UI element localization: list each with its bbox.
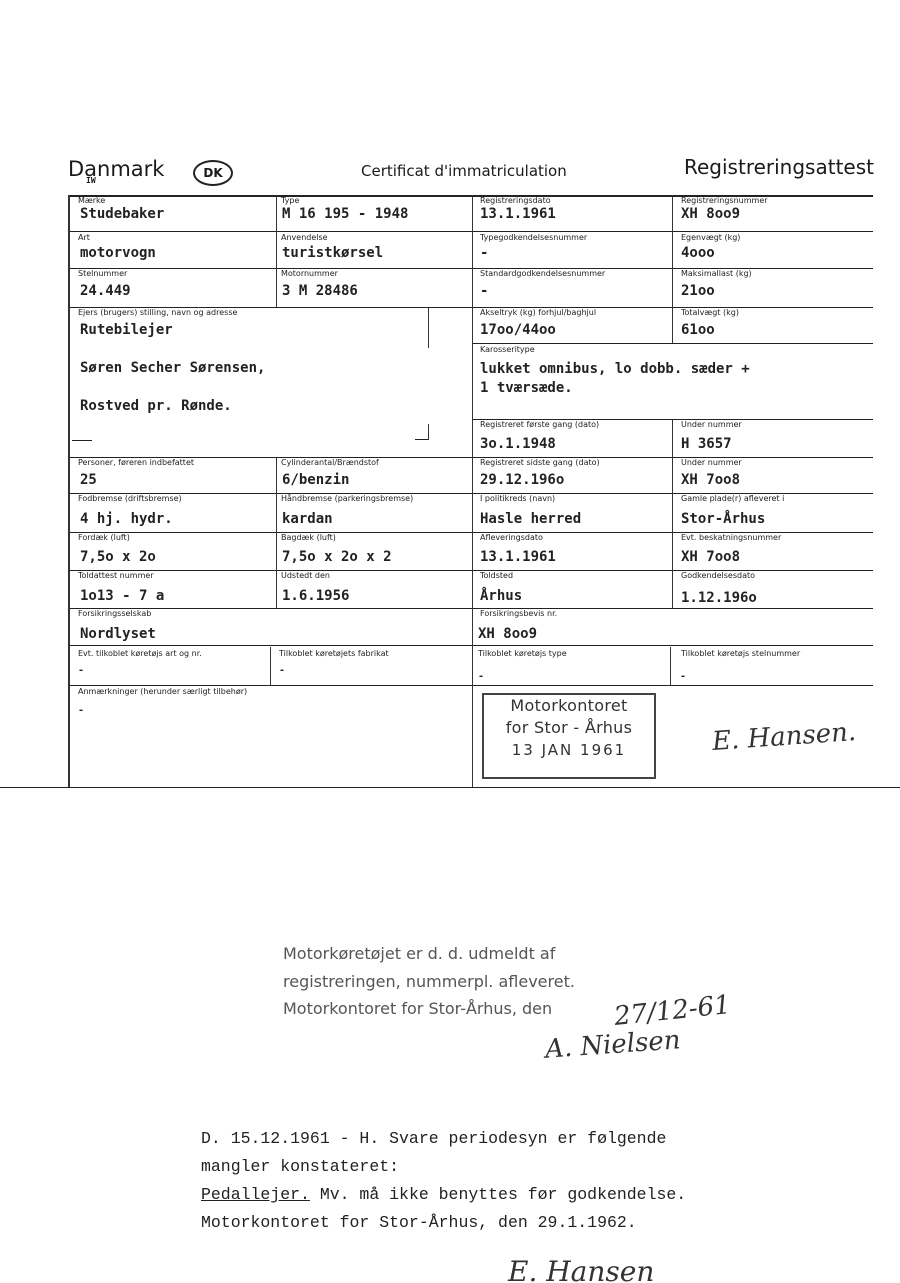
field-label: Håndbremse (parkeringsbremse) <box>281 494 413 503</box>
inspection-line-3-rest: Mv. må ikke benyttes før godkendelse. <box>310 1185 686 1204</box>
office-stamp: Motorkontoret for Stor - Århus 13 JAN 19… <box>482 693 656 779</box>
stamp-line-2: for Stor - Århus <box>484 717 654 739</box>
karosseri-line-2: 1 tværsæde. <box>480 380 573 396</box>
form-bottom-border <box>0 787 900 788</box>
field-label: Evt. beskatningsnummer <box>681 533 781 542</box>
signature-inspection: E. Hansen <box>508 1255 654 1283</box>
field-value-typegodkendelsesnummer: - <box>480 245 488 261</box>
field-label: Egenvægt (kg) <box>681 233 740 242</box>
field-label: Ejers (brugers) stilling, navn og adress… <box>78 308 237 317</box>
column-divider <box>276 457 277 608</box>
field-value-fodbremse: 4 hj. hydr. <box>80 511 173 527</box>
field-label: Afleveringsdato <box>480 533 543 542</box>
field-value-personer: 25 <box>80 472 97 488</box>
field-value-registreringsdato: 13.1.1961 <box>480 206 556 222</box>
owner-line-1: Rutebilejer <box>80 322 173 338</box>
field-label: Gamle plade(r) afleveret i <box>681 494 784 503</box>
field-value-motornummer: 3 M 28486 <box>282 283 358 299</box>
field-value-udstedt: 1.6.1956 <box>282 588 349 604</box>
field-value-anvendelse: turistkørsel <box>282 245 383 261</box>
corner-mark <box>428 424 429 439</box>
field-label: I politikreds (navn) <box>480 494 555 503</box>
field-value-maksimallast: 21oo <box>681 283 715 299</box>
field-label: Mærke <box>78 196 105 205</box>
deregistration-line-1: Motorkøretøjet er d. d. udmeldt af <box>283 940 575 968</box>
deregistration-line-2: registreringen, nummerpl. afleveret. <box>283 968 575 996</box>
owner-line-2: Søren Secher Sørensen, <box>80 360 265 376</box>
inspection-line-1: D. 15.12.1961 - H. Svare periodesyn er f… <box>201 1125 686 1153</box>
field-value-toldattest: 1o13 - 7 a <box>80 588 164 604</box>
field-value-akseltryk: 17oo/44oo <box>480 322 556 338</box>
field-value-tilkoblet-type: - <box>478 671 484 682</box>
field-label: Maksimallast (kg) <box>681 269 752 278</box>
field-label: Godkendelsesdato <box>681 571 755 580</box>
field-label: Registreringsnummer <box>681 196 768 205</box>
signature-deregistration: A. Nielsen <box>544 1025 681 1064</box>
field-label: Evt. tilkoblet køretøjs art og nr. <box>78 649 202 658</box>
field-value-registreringsnummer: XH 8oo9 <box>681 206 740 222</box>
field-label: Under nummer <box>681 458 742 467</box>
column-divider <box>276 195 277 307</box>
field-label: Toldsted <box>480 571 513 580</box>
owner-line-3: Rostved pr. Rønde. <box>80 398 232 414</box>
field-value-totalvaegt: 61oo <box>681 322 715 338</box>
field-value-beskatningsnummer: XH 7oo8 <box>681 549 740 565</box>
field-value-art: motorvogn <box>80 245 156 261</box>
field-label: Bagdæk (luft) <box>281 533 336 542</box>
field-value-maerke: Studebaker <box>80 206 164 222</box>
field-label: Stelnummer <box>78 269 127 278</box>
field-value-godkendelsesdato: 1.12.196o <box>681 590 757 606</box>
field-label: Udstedt den <box>281 571 330 580</box>
karosseri-line-1: lukket omnibus, lo dobb. sæder + <box>480 361 750 377</box>
field-label: Registreret sidste gang (dato) <box>480 458 600 467</box>
field-label: Akseltryk (kg) forhjul/baghjul <box>480 308 596 317</box>
field-value-fordaek: 7,5o x 2o <box>80 549 156 565</box>
stamp-line-1: Motorkontoret <box>484 695 654 717</box>
field-value-toldsted: Århus <box>480 588 522 604</box>
inspection-note: D. 15.12.1961 - H. Svare periodesyn er f… <box>201 1125 686 1237</box>
field-label: Fodbremse (driftsbremse) <box>78 494 182 503</box>
field-label: Tilkoblet køretøjets fabrikat <box>279 649 389 658</box>
field-value-reg-sidste: 29.12.196o <box>480 472 564 488</box>
field-label: Fordæk (luft) <box>78 533 130 542</box>
column-divider <box>270 647 271 685</box>
field-value-gamle-plader: Stor-Århus <box>681 511 765 527</box>
field-value-forsikringsbevis: XH 8oo9 <box>478 626 537 642</box>
inspection-line-4: Motorkontoret for Stor-Århus, den 29.1.1… <box>201 1209 686 1237</box>
field-label: Tilkoblet køretøjs type <box>478 649 567 658</box>
field-label: Anmærkninger (herunder særligt tilbehør) <box>78 687 247 696</box>
form-left-border <box>68 195 70 787</box>
field-value-politikreds: Hasle herred <box>480 511 581 527</box>
field-label: Motornummer <box>281 269 338 278</box>
field-label: Karosseritype <box>480 345 535 354</box>
field-value-reg-forste: 3o.1.1948 <box>480 436 556 452</box>
field-label: Type <box>281 196 299 205</box>
column-divider <box>670 647 671 685</box>
registration-form: Mærke Studebaker Type M 16 195 - 1948 Re… <box>0 0 900 800</box>
field-label: Forsikringsselskab <box>78 609 151 618</box>
field-value-forsikringsselskab: Nordlyset <box>80 626 156 642</box>
field-label: Anvendelse <box>281 233 328 242</box>
field-label: Forsikringsbevis nr. <box>480 609 557 618</box>
field-label: Typegodkendelsesnummer <box>480 233 587 242</box>
field-label: Personer, føreren indbefattet <box>78 458 194 467</box>
field-label: Registreret første gang (dato) <box>480 420 599 429</box>
column-divider <box>672 195 673 343</box>
field-label: Toldattest nummer <box>78 571 154 580</box>
corner-mark <box>428 308 429 348</box>
inspection-line-3: Pedallejer. Mv. må ikke benyttes før god… <box>201 1181 686 1209</box>
field-label: Under nummer <box>681 420 742 429</box>
field-value-afleveringsdato: 13.1.1961 <box>480 549 556 565</box>
column-divider <box>472 195 473 787</box>
field-value-anmaerkninger: - <box>78 705 84 716</box>
field-value-egenvaegt: 4ooo <box>681 245 715 261</box>
field-label: Art <box>78 233 90 242</box>
field-value-standardgodkendelsesnummer: - <box>480 283 488 299</box>
field-label: Cylinderantal/Brændstof <box>281 458 379 467</box>
field-value-under-nummer-2: XH 7oo8 <box>681 472 740 488</box>
field-value-stelnummer: 24.449 <box>80 283 131 299</box>
deregistration-line-3: Motorkontoret for Stor-Århus, den <box>283 995 575 1023</box>
field-value-tilkoblet-stelnummer: - <box>680 671 686 682</box>
field-value-tilkoblet-fabrikat: - <box>279 665 285 676</box>
field-label: Registreringsdato <box>480 196 551 205</box>
field-value-type: M 16 195 - 1948 <box>282 206 408 222</box>
deregistration-note: Motorkøretøjet er d. d. udmeldt af regis… <box>283 940 575 1023</box>
field-value-under-nummer-1: H 3657 <box>681 436 732 452</box>
field-value-tilkoblet-art: - <box>78 665 84 676</box>
corner-mark <box>72 440 92 441</box>
field-label: Totalvægt (kg) <box>681 308 739 317</box>
inspection-defect: Pedallejer. <box>201 1185 310 1204</box>
stamp-date: 13 JAN 1961 <box>484 739 654 761</box>
corner-mark <box>415 439 429 440</box>
row-divider <box>472 343 873 344</box>
inspection-line-2: mangler konstateret: <box>201 1153 686 1181</box>
field-label: Standardgodkendelsesnummer <box>480 269 605 278</box>
field-value-cylinder: 6/benzin <box>282 472 349 488</box>
field-label: Tilkoblet køretøjs stelnummer <box>681 649 800 658</box>
field-value-haandbremse: kardan <box>282 511 333 527</box>
column-divider <box>672 419 673 608</box>
field-value-bagdaek: 7,5o x 2o x 2 <box>282 549 392 565</box>
